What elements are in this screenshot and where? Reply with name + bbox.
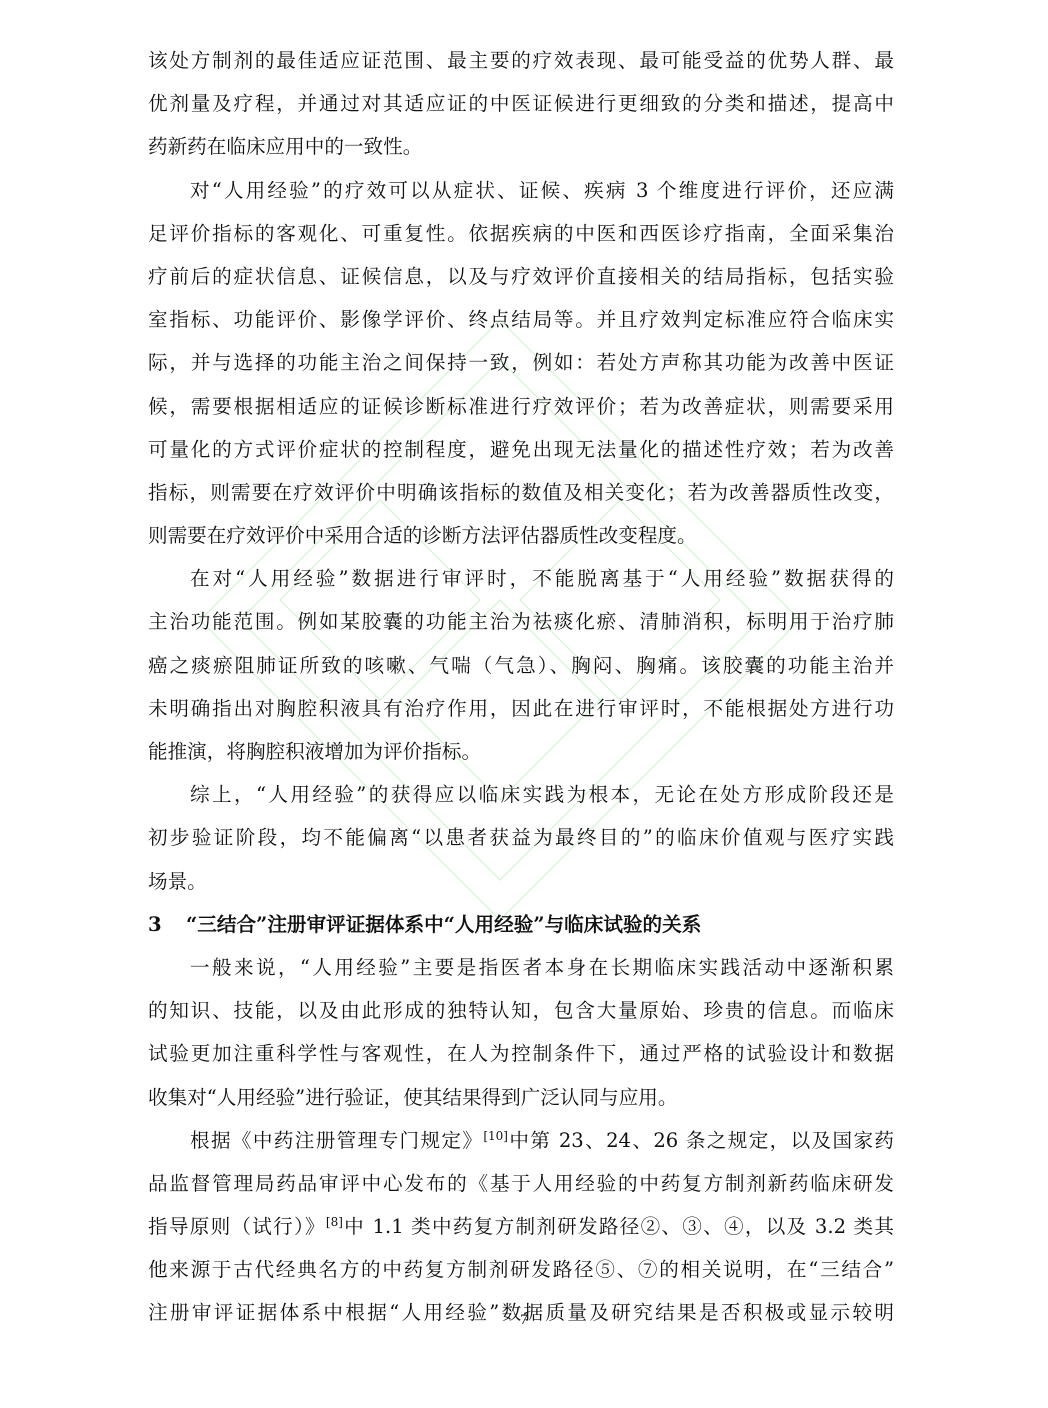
text-line: 候，需要根据相适应的证候诊断标准进行疗效评价；若为改善症状，则需要采用 xyxy=(148,385,894,428)
text-line: 优剂量及疗程，并通过对其适应证的中医证候进行更细致的分类和描述，提高中 xyxy=(148,82,894,125)
citation-ref: [10] xyxy=(483,1129,508,1143)
text-span: 指导原则（试行）》 xyxy=(148,1215,326,1238)
text-line: 在对“人用经验”数据进行审评时，不能脱离基于“人用经验”数据获得的 xyxy=(148,557,894,600)
text-line: 能推演，将胸腔积液增加为评价指标。 xyxy=(148,730,894,773)
page-number: 7 xyxy=(0,1312,1048,1329)
document-page: 该处方制剂的最佳适应证范围、最主要的疗效表现、最可能受益的优势人群、最 优剂量及… xyxy=(148,39,894,1335)
text-span: 中 1.1 类中药复方制剂研发路径②、③、④，以及 3.2 类其 xyxy=(343,1215,894,1238)
text-line: 主治功能范围。例如某胶囊的功能主治为祛痰化瘀、清肺消积，标明用于治疗肺 xyxy=(148,600,894,643)
text-line: 对“人用经验”的疗效可以从症状、证候、疾病 3 个维度进行评价，还应满 xyxy=(148,169,894,212)
text-line: 品监督管理局药品审评中心发布的《基于人用经验的中药复方制剂新药临床研发 xyxy=(148,1162,894,1205)
text-line: 则需要在疗效评价中采用合适的诊断方法评估器质性改变程度。 xyxy=(148,514,894,557)
text-line: 试验更加注重科学性与客观性，在人为控制条件下，通过严格的试验设计和数据 xyxy=(148,1032,894,1075)
text-line: 际，并与选择的功能主治之间保持一致，例如：若处方声称其功能为改善中医证 xyxy=(148,341,894,384)
section-number: 3 xyxy=(148,903,186,946)
text-line: 疗前后的症状信息、证候信息，以及与疗效评价直接相关的结局指标，包括实验 xyxy=(148,255,894,298)
text-line: 一般来说，“人用经验”主要是指医者本身在长期临床实践活动中逐渐积累 xyxy=(148,946,894,989)
text-line: 他来源于古代经典名方的中药复方制剂研发路径⑤、⑦的相关说明，在“三结合” xyxy=(148,1248,894,1291)
text-line: 根据《中药注册管理专门规定》[10]中第 23、24、26 条之规定，以及国家药 xyxy=(148,1119,894,1162)
text-line: 综上，“人用经验”的获得应以临床实践为根本，无论在处方形成阶段还是 xyxy=(148,773,894,816)
text-line: 初步验证阶段，均不能偏离“以患者获益为最终目的”的临床价值观与医疗实践 xyxy=(148,816,894,859)
text-line: 的知识、技能，以及由此形成的独特认知，包含大量原始、珍贵的信息。而临床 xyxy=(148,989,894,1032)
text-span: 中第 23、24、26 条之规定，以及国家药 xyxy=(508,1129,894,1152)
text-line: 指导原则（试行）》[8]中 1.1 类中药复方制剂研发路径②、③、④，以及 3.… xyxy=(148,1205,894,1248)
text-line: 足评价指标的客观化、可重复性。依据疾病的中医和西医诊疗指南，全面采集治 xyxy=(148,212,894,255)
section-heading: 3“三结合”注册审评证据体系中“人用经验”与临床试验的关系 xyxy=(148,903,894,946)
text-line: 该处方制剂的最佳适应证范围、最主要的疗效表现、最可能受益的优势人群、最 xyxy=(148,39,894,82)
citation-ref: [8] xyxy=(326,1215,343,1229)
text-line: 场景。 xyxy=(148,860,894,903)
text-line: 可量化的方式评价症状的控制程度，避免出现无法量化的描述性疗效；若为改善 xyxy=(148,428,894,471)
text-line: 癌之痰瘀阻肺证所致的咳嗽、气喘（气急）、胸闷、胸痛。该胶囊的功能主治并 xyxy=(148,644,894,687)
text-line: 室指标、功能评价、影像学评价、终点结局等。并且疗效判定标准应符合临床实 xyxy=(148,298,894,341)
text-line: 指标，则需要在疗效评价中明确该指标的数值及相关变化；若为改善器质性改变， xyxy=(148,471,894,514)
text-line: 药新药在临床应用中的一致性。 xyxy=(148,125,894,168)
text-span: 根据《中药注册管理专门规定》 xyxy=(190,1129,483,1152)
text-line: 未明确指出对胸腔积液具有治疗作用，因此在进行审评时，不能根据处方进行功 xyxy=(148,687,894,730)
section-title: “三结合”注册审评证据体系中“人用经验”与临床试验的关系 xyxy=(186,913,701,936)
text-line: 收集对“人用经验”进行验证，使其结果得到广泛认同与应用。 xyxy=(148,1076,894,1119)
